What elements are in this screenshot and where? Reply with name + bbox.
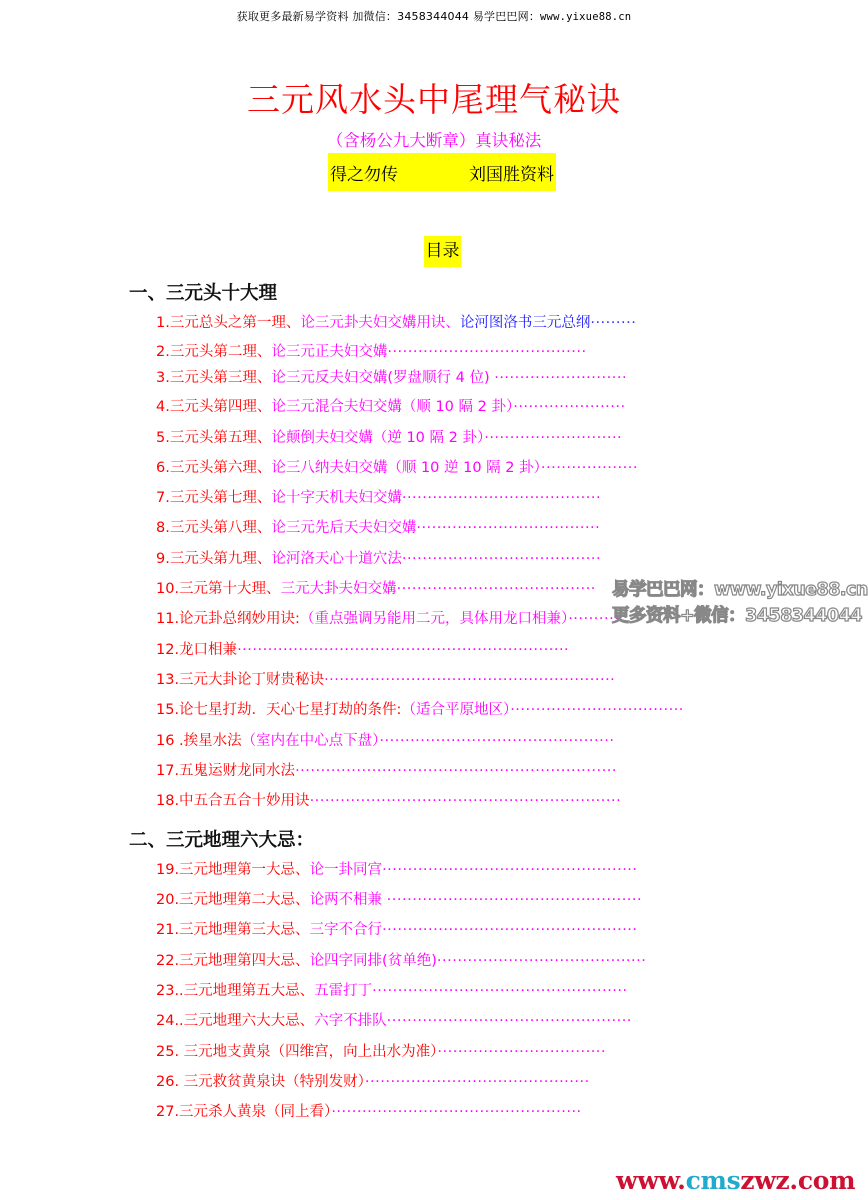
toc-item[interactable]: 10.三元第十大理、三元大卦夫妇交媾······················… bbox=[156, 579, 596, 599]
toc-item[interactable]: 11.论元卦总纲妙用诀:（重点强调另能用二元，具体用龙口相兼）·········… bbox=[156, 609, 619, 629]
toc-item[interactable]: 23..三元地理第五大忌、五雷打丁·······················… bbox=[156, 981, 628, 1001]
toc-item[interactable]: 2.三元头第二理、论三元正夫妇交媾·······················… bbox=[156, 342, 587, 362]
toc-item[interactable]: 22.三元地理第四大忌、论四字同排(贫单绝)··················… bbox=[156, 951, 646, 971]
section-heading-2: 二、三元地理六大忌： bbox=[129, 826, 314, 852]
banner-text: 获取更多最新易学资料 加微信：3458344044 易学巴巴网： bbox=[237, 10, 540, 23]
toc-item[interactable]: 9.三元头第九理、论河洛天心十道穴法······················… bbox=[156, 549, 601, 569]
toc-title: 目录 bbox=[424, 236, 461, 267]
highlight-banner: 得之勿传 刘国胜资料 bbox=[328, 153, 556, 191]
toc-item[interactable]: 5.三元头第五理、论颠倒夫妇交媾（逆 10 隔 2 卦）············… bbox=[156, 428, 622, 448]
watermark-site: 易学巴巴网：www.yixue88.cn bbox=[612, 576, 868, 601]
toc-item[interactable]: 7.三元头第七理、论十字天机夫妇交媾······················… bbox=[156, 488, 601, 508]
toc-item[interactable]: 3.三元头第三理、论三元反夫妇交媾(罗盘顺行 4 位) ············… bbox=[156, 368, 627, 388]
toc-item[interactable]: 13.三元大卦论丁财贵秘诀···························… bbox=[156, 670, 615, 690]
highlight-left: 得之勿传 bbox=[330, 160, 398, 185]
toc-item[interactable]: 15.论七星打劫．天心七星打劫的条件:（适合平原地区）·············… bbox=[156, 700, 684, 720]
document-subtitle: （含杨公九大断章）真诀秘法 bbox=[0, 127, 868, 151]
toc-item[interactable]: 18.中五合五合十妙用诀····························… bbox=[156, 791, 621, 811]
toc-item[interactable]: 25. 三元地支黄泉（四维宫，向上出水为准）··················… bbox=[156, 1042, 606, 1062]
toc-item[interactable]: 4.三元头第四理、论三元混合夫妇交媾（顺 10 隔 2 卦）··········… bbox=[156, 397, 626, 417]
footer-watermark: www.cmszwz.com bbox=[616, 1166, 855, 1195]
toc-item[interactable]: 24..三元地理六大大忌、六字不排队······················… bbox=[156, 1011, 632, 1031]
toc-item[interactable]: 16 .挨星水法（室内在中心点下盘）······················… bbox=[156, 731, 614, 751]
toc-item[interactable]: 1.三元总头之第一理、论三元卦夫妇交媾用诀、论河图洛书三元总纲········· bbox=[156, 313, 636, 333]
banner-url[interactable]: www.yixue88.cn bbox=[540, 11, 631, 23]
toc-item[interactable]: 17.五鬼运财龙同水法·····························… bbox=[156, 761, 617, 781]
toc-item[interactable]: 12.龙口相兼·································… bbox=[156, 640, 569, 660]
toc-item[interactable]: 27.三元杀人黄泉（同上看）··························… bbox=[156, 1102, 582, 1122]
toc-item[interactable]: 20.三元地理第二大忌、论两不相兼 ······················… bbox=[156, 890, 642, 910]
document-title: 三元风水头中尾理气秘诀 bbox=[0, 74, 868, 121]
top-banner: 获取更多最新易学资料 加微信：3458344044 易学巴巴网：www.yixu… bbox=[0, 8, 868, 24]
toc-item[interactable]: 21.三元地理第三大忌、三字不合行·······················… bbox=[156, 920, 638, 940]
toc-item[interactable]: 6.三元头第六理、论三八纳夫妇交媾（顺 10 逆 10 隔 2 卦）······… bbox=[156, 458, 638, 478]
section-heading-1: 一、三元头十大理 bbox=[129, 279, 277, 305]
watermark-contact: 更多资料+微信：3458344044 bbox=[612, 602, 862, 627]
highlight-right: 刘国胜资料 bbox=[469, 160, 554, 185]
toc-item[interactable]: 8.三元头第八理、论三元先后天夫妇交媾·····················… bbox=[156, 518, 600, 538]
toc-item[interactable]: 26. 三元救贫黄泉诀（特别发财）·······················… bbox=[156, 1072, 590, 1092]
toc-item[interactable]: 19.三元地理第一大忌、论一卦同宫·······················… bbox=[156, 860, 638, 880]
